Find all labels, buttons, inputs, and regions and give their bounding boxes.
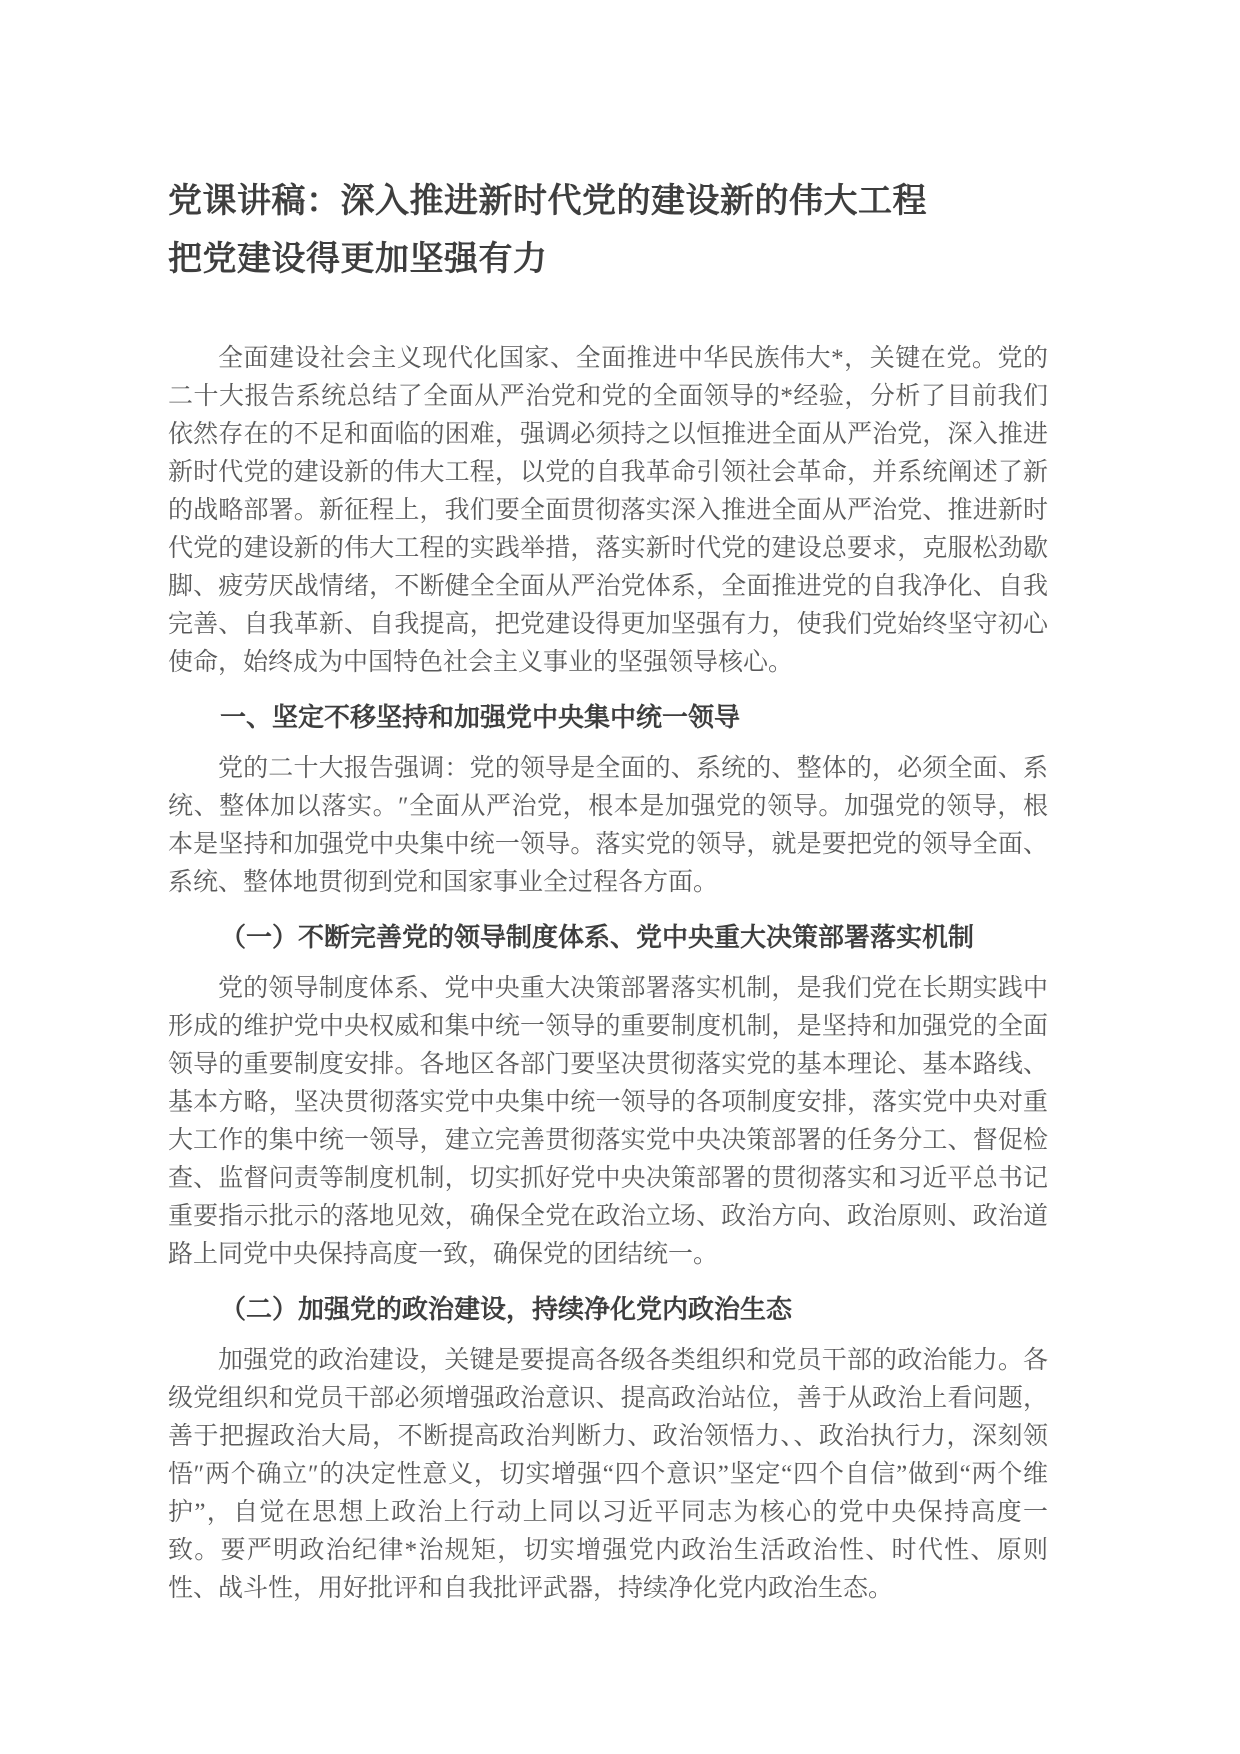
document-page: 党课讲稿：深入推进新时代党的建设新的伟大工程 把党建设得更加坚强有力 全面建设社… [0,0,1240,1754]
document-title: 党课讲稿：深入推进新时代党的建设新的伟大工程 把党建设得更加坚强有力 [168,172,1048,288]
section-1-paragraph: 党的二十大报告强调：党的领导是全面的、系统的、整体的，必须全面、系统、整体加以落… [168,750,1048,902]
subsection-1-1-paragraph: 党的领导制度体系、党中央重大决策部署落实机制，是我们党在长期实践中形成的维护党中… [168,970,1048,1274]
document-title-line-2: 把党建设得更加坚强有力 [168,230,1048,288]
subsection-heading-1-1: （一）不断完善党的领导制度体系、党中央重大决策部署落实机制 [168,918,1048,956]
subsection-1-2-paragraph: 加强党的政治建设，关键是要提高各级各类组织和党员干部的政治能力。各级党组织和党员… [168,1342,1048,1608]
document-title-line-1: 党课讲稿：深入推进新时代党的建设新的伟大工程 [168,172,1048,230]
subsection-heading-1-2: （二）加强党的政治建设，持续净化党内政治生态 [168,1290,1048,1328]
section-heading-1: 一、坚定不移坚持和加强党中央集中统一领导 [168,698,1048,736]
intro-paragraph: 全面建设社会主义现代化国家、全面推进中华民族伟大*，关键在党。党的二十大报告系统… [168,340,1048,682]
